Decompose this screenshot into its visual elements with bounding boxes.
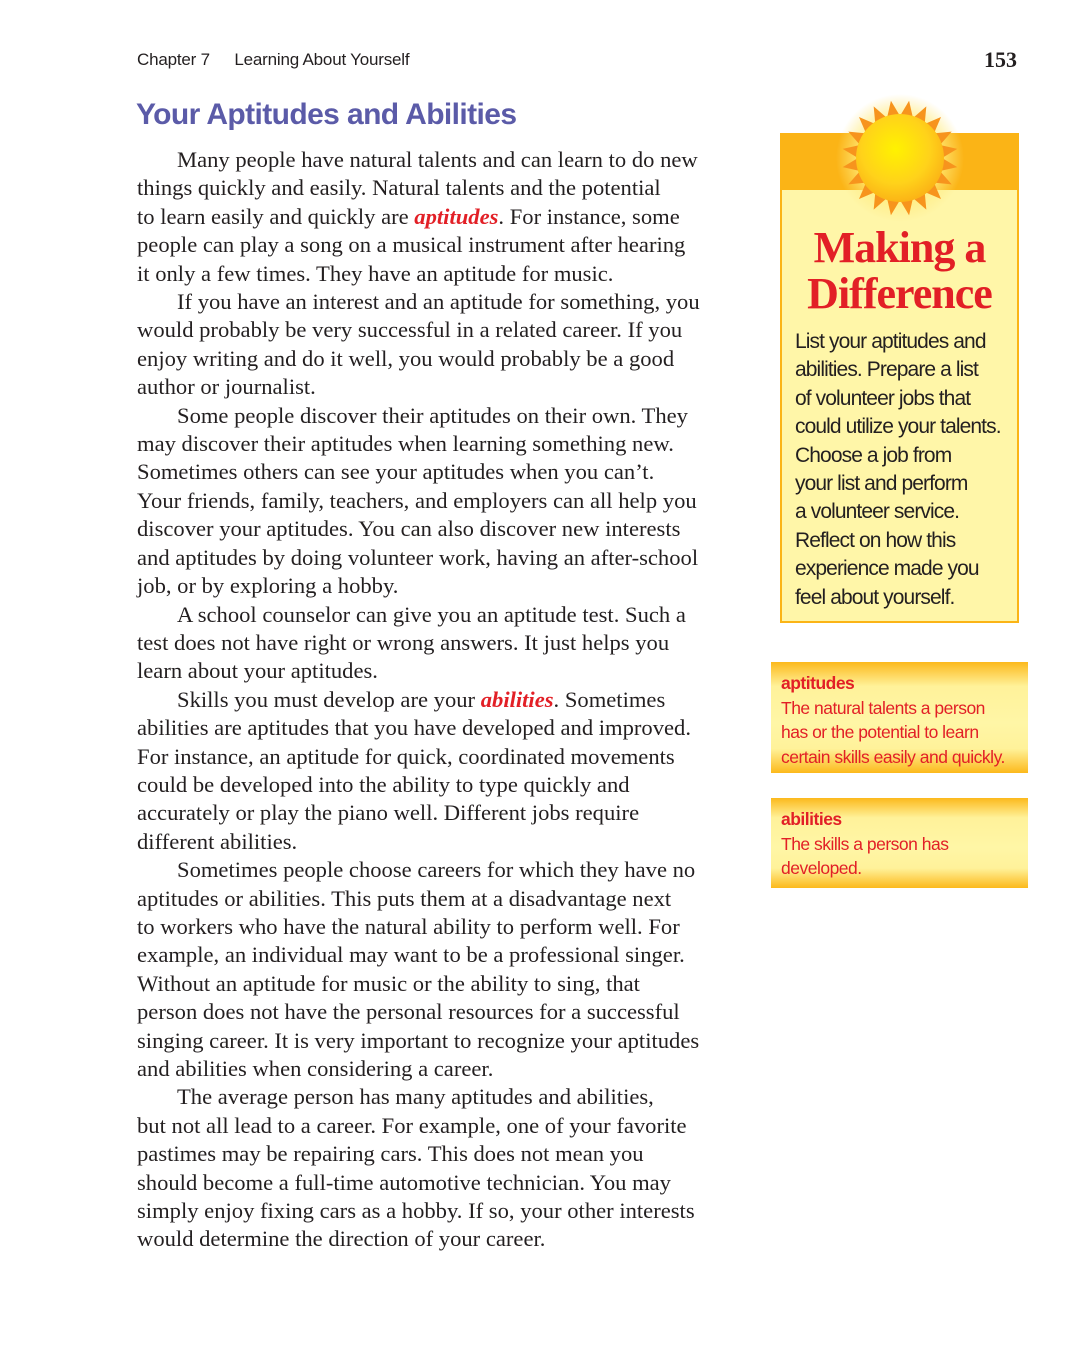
paragraph: Skills you must develop are your abiliti… [137,686,755,856]
sidebar-text-line: Choose a job from [795,442,1015,470]
text-line: it only a few times. They have an aptitu… [137,260,755,288]
paragraph: Many people have natural talents and can… [137,146,755,288]
text-line: learn about your aptitudes. [137,657,755,685]
text-line: accurately or play the piano well. Diffe… [137,799,755,827]
sidebar-text-line: a volunteer service. [795,498,1015,526]
key-term: aptitudes [414,204,498,229]
text-line: but not all lead to a career. For exampl… [137,1112,755,1140]
text-line: A school counselor can give you an aptit… [137,601,755,629]
text-line: to workers who have the natural ability … [137,913,755,941]
glossary-term: aptitudes [781,671,1028,696]
text-line: things quickly and easily. Natural talen… [137,174,755,202]
sidebar-text-line: abilities. Prepare a list [795,356,1015,384]
text-line: test does not have right or wrong answer… [137,629,755,657]
glossary-definition-line: has or the potential to learn [781,720,1028,745]
text-line: Some people discover their aptitudes on … [137,402,755,430]
glossary-definition-line: developed. [781,856,1028,881]
glossary-definition-line: certain skills easily and quickly. [781,745,1028,770]
text-line: author or journalist. [137,373,755,401]
title-line-1: Making a [780,225,1019,271]
glossary-term: abilities [781,807,1028,832]
section-heading: Your Aptitudes and Abilities [136,98,516,132]
body-text: Many people have natural talents and can… [137,146,755,1254]
sun-icon [836,94,964,222]
text-line: simply enjoy fixing cars as a hobby. If … [137,1197,755,1225]
paragraph: If you have an interest and an aptitude … [137,288,755,402]
paragraph: Some people discover their aptitudes on … [137,402,755,601]
paragraph: The average person has many aptitudes an… [137,1083,755,1253]
title-line-2: Difference [780,271,1019,317]
paragraph: Sometimes people choose careers for whic… [137,856,755,1083]
sidebar-text-line: could utilize your talents. [795,413,1015,441]
text-line: Your friends, family, teachers, and empl… [137,487,755,515]
text-line: If you have an interest and an aptitude … [137,288,755,316]
text-line: enjoy writing and do it well, you would … [137,345,755,373]
sidebar-text-line: List your aptitudes and [795,328,1015,356]
text-line: should become a full-time automotive tec… [137,1169,755,1197]
text-line: to learn easily and quickly are aptitude… [137,203,755,231]
text-line: aptitudes or abilities. This puts them a… [137,885,755,913]
text-line: example, an individual may want to be a … [137,941,755,969]
text-line: Many people have natural talents and can… [137,146,755,174]
glossary-definition-line: The skills a person has [781,832,1028,857]
text-line: Without an aptitude for music or the abi… [137,970,755,998]
running-head: Chapter 7 Learning About Yourself [137,50,409,70]
text-line: could be developed into the ability to t… [137,771,755,799]
text-line: person does not have the personal resour… [137,998,755,1026]
text-line: discover your aptitudes. You can also di… [137,515,755,543]
text-line: would determine the direction of your ca… [137,1225,755,1253]
making-a-difference-body: List your aptitudes andabilities. Prepar… [795,328,1015,612]
chapter-label: Chapter 7 [137,50,210,69]
sidebar-text-line: of volunteer jobs that [795,385,1015,413]
glossary-definition-line: The natural talents a person [781,696,1028,721]
text-line: and abilities when considering a career. [137,1055,755,1083]
text-line: Sometimes others can see your aptitudes … [137,458,755,486]
sidebar-text-line: feel about yourself. [795,584,1015,612]
glossary-box-aptitudes: aptitudesThe natural talents a personhas… [771,662,1028,773]
text-line: people can play a song on a musical inst… [137,231,755,259]
chapter-title: Learning About Yourself [234,50,409,69]
text-line: Skills you must develop are your abiliti… [137,686,755,714]
making-a-difference-title: Making a Difference [780,225,1019,317]
text-line: may discover their aptitudes when learni… [137,430,755,458]
text-line: and aptitudes by doing volunteer work, h… [137,544,755,572]
paragraph: A school counselor can give you an aptit… [137,601,755,686]
sidebar-text-line: experience made you [795,555,1015,583]
text-line: different abilities. [137,828,755,856]
page-number: 153 [984,47,1017,73]
text-line: The average person has many aptitudes an… [137,1083,755,1111]
glossary-box-abilities: abilitiesThe skills a person hasdevelope… [771,798,1028,888]
sidebar-text-line: your list and perform [795,470,1015,498]
text-line: abilities are aptitudes that you have de… [137,714,755,742]
text-line: Sometimes people choose careers for whic… [137,856,755,884]
key-term: abilities [481,687,554,712]
text-line: would probably be very successful in a r… [137,316,755,344]
text-line: pastimes may be repairing cars. This doe… [137,1140,755,1168]
text-line: job, or by exploring a hobby. [137,572,755,600]
text-line: singing career. It is very important to … [137,1027,755,1055]
text-line: For instance, an aptitude for quick, coo… [137,743,755,771]
sidebar-text-line: Reflect on how this [795,527,1015,555]
